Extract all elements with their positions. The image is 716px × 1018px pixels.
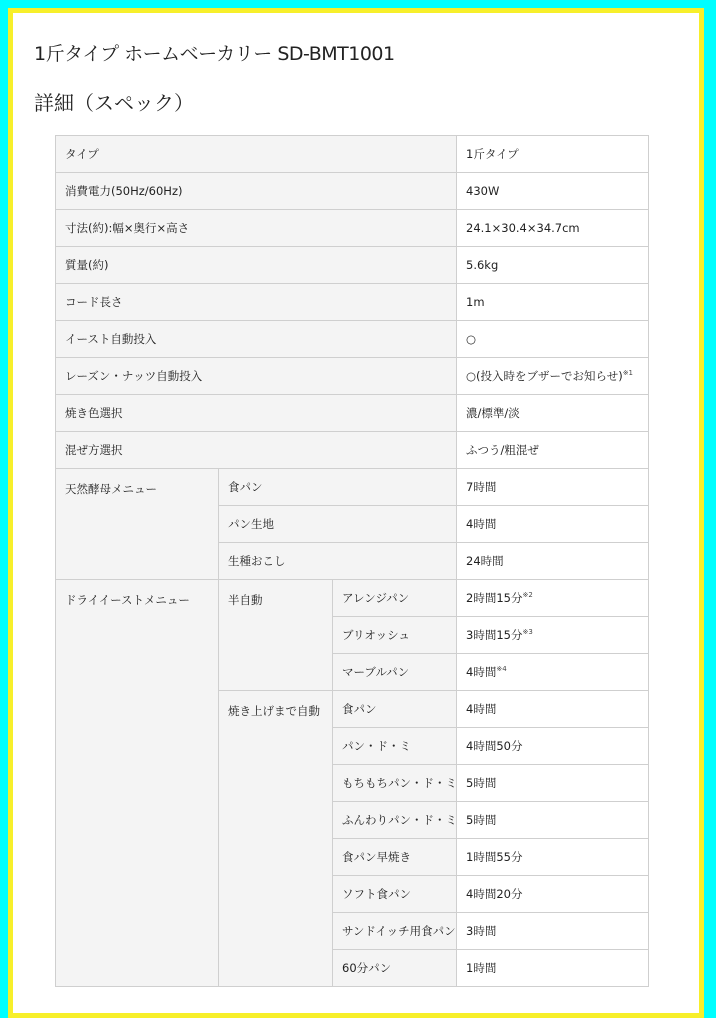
menu-label: マーブルパン [333,654,457,691]
menu-label: ソフト食パン [333,876,457,913]
spec-label: 混ぜ方選択 [56,432,457,469]
spec-row-yeast-auto: イースト自動投入 ○ [56,321,649,358]
menu-label: もちもちパン・ド・ミ [333,765,457,802]
spec-label: 消費電力(50Hz/60Hz) [56,173,457,210]
menu-label: サンドイッチ用食パン [333,913,457,950]
menu-time: 2時間15分 [466,591,522,605]
spec-value: 1斤タイプ [457,136,649,173]
menu-time: 1時間55分 [457,839,649,876]
spec-row-dry-yeast: ドライイーストメニュー 半自動 アレンジパン 2時間15分※2 [56,580,649,617]
menu-time: 5時間 [457,802,649,839]
spec-row-mixing: 混ぜ方選択 ふつう/粗混ぜ [56,432,649,469]
spec-row-mass: 質量(約) 5.6kg [56,247,649,284]
group-label-natural-yeast: 天然酵母メニュー [56,469,219,580]
menu-label: ふんわりパン・ド・ミ [333,802,457,839]
spec-row-cord: コード長さ 1m [56,284,649,321]
spec-row-dimensions: 寸法(約):幅×奥行×高さ 24.1×30.4×34.7cm [56,210,649,247]
subgroup-label-full-auto: 焼き上げまで自動 [219,691,333,987]
menu-time: 24時間 [457,543,649,580]
spec-value: ふつう/粗混ぜ [457,432,649,469]
menu-time: 3時間 [457,913,649,950]
menu-time-cell: 3時間15分※3 [457,617,649,654]
menu-label: ブリオッシュ [333,617,457,654]
menu-time: 4時間 [457,691,649,728]
spec-value-cell: ○(投入時をブザーでお知らせ)※1 [457,358,649,395]
spec-label: 寸法(約):幅×奥行×高さ [56,210,457,247]
footnote-mark: ※3 [522,628,532,636]
menu-label: 食パン [219,469,457,506]
menu-label: 食パン早焼き [333,839,457,876]
spec-value: 5.6kg [457,247,649,284]
subgroup-label-semi-auto: 半自動 [219,580,333,691]
spec-row-raisin-auto: レーズン・ナッツ自動投入 ○(投入時をブザーでお知らせ)※1 [56,358,649,395]
spec-label: タイプ [56,136,457,173]
spec-value: 24.1×30.4×34.7cm [457,210,649,247]
spec-row-natural-yeast: 天然酵母メニュー 食パン 7時間 [56,469,649,506]
group-label-dry-yeast: ドライイーストメニュー [56,580,219,987]
spec-label: レーズン・ナッツ自動投入 [56,358,457,395]
menu-label: アレンジパン [333,580,457,617]
menu-time-cell: 4時間※4 [457,654,649,691]
menu-time-cell: 2時間15分※2 [457,580,649,617]
spec-label: コード長さ [56,284,457,321]
spec-label: イースト自動投入 [56,321,457,358]
menu-time: 3時間15分 [466,628,522,642]
menu-time: 4時間 [457,506,649,543]
spec-value: ○(投入時をブザーでお知らせ) [466,369,623,383]
footnote-mark: ※1 [623,369,633,377]
spec-value: 430W [457,173,649,210]
spec-value: 1m [457,284,649,321]
menu-label: パン・ド・ミ [333,728,457,765]
footnote-mark: ※2 [522,591,532,599]
footnote-mark: ※4 [496,665,506,673]
spec-table: タイプ 1斤タイプ 消費電力(50Hz/60Hz) 430W 寸法(約):幅×奥… [55,135,649,987]
menu-time: 4時間50分 [457,728,649,765]
menu-label: 60分パン [333,950,457,987]
spec-label: 質量(約) [56,247,457,284]
menu-time: 5時間 [457,765,649,802]
spec-row-power: 消費電力(50Hz/60Hz) 430W [56,173,649,210]
spec-value: ○ [457,321,649,358]
spec-value: 濃/標準/淡 [457,395,649,432]
spec-row-crust-color: 焼き色選択 濃/標準/淡 [56,395,649,432]
menu-time: 7時間 [457,469,649,506]
menu-time: 1時間 [457,950,649,987]
spec-row-type: タイプ 1斤タイプ [56,136,649,173]
product-title: 1斤タイプ ホームベーカリー SD-BMT1001 [34,39,395,66]
menu-label: パン生地 [219,506,457,543]
menu-time: 4時間 [466,665,496,679]
spec-label: 焼き色選択 [56,395,457,432]
menu-label: 生種おこし [219,543,457,580]
menu-label: 食パン [333,691,457,728]
menu-time: 4時間20分 [457,876,649,913]
section-title: 詳細（スペック） [34,87,194,116]
